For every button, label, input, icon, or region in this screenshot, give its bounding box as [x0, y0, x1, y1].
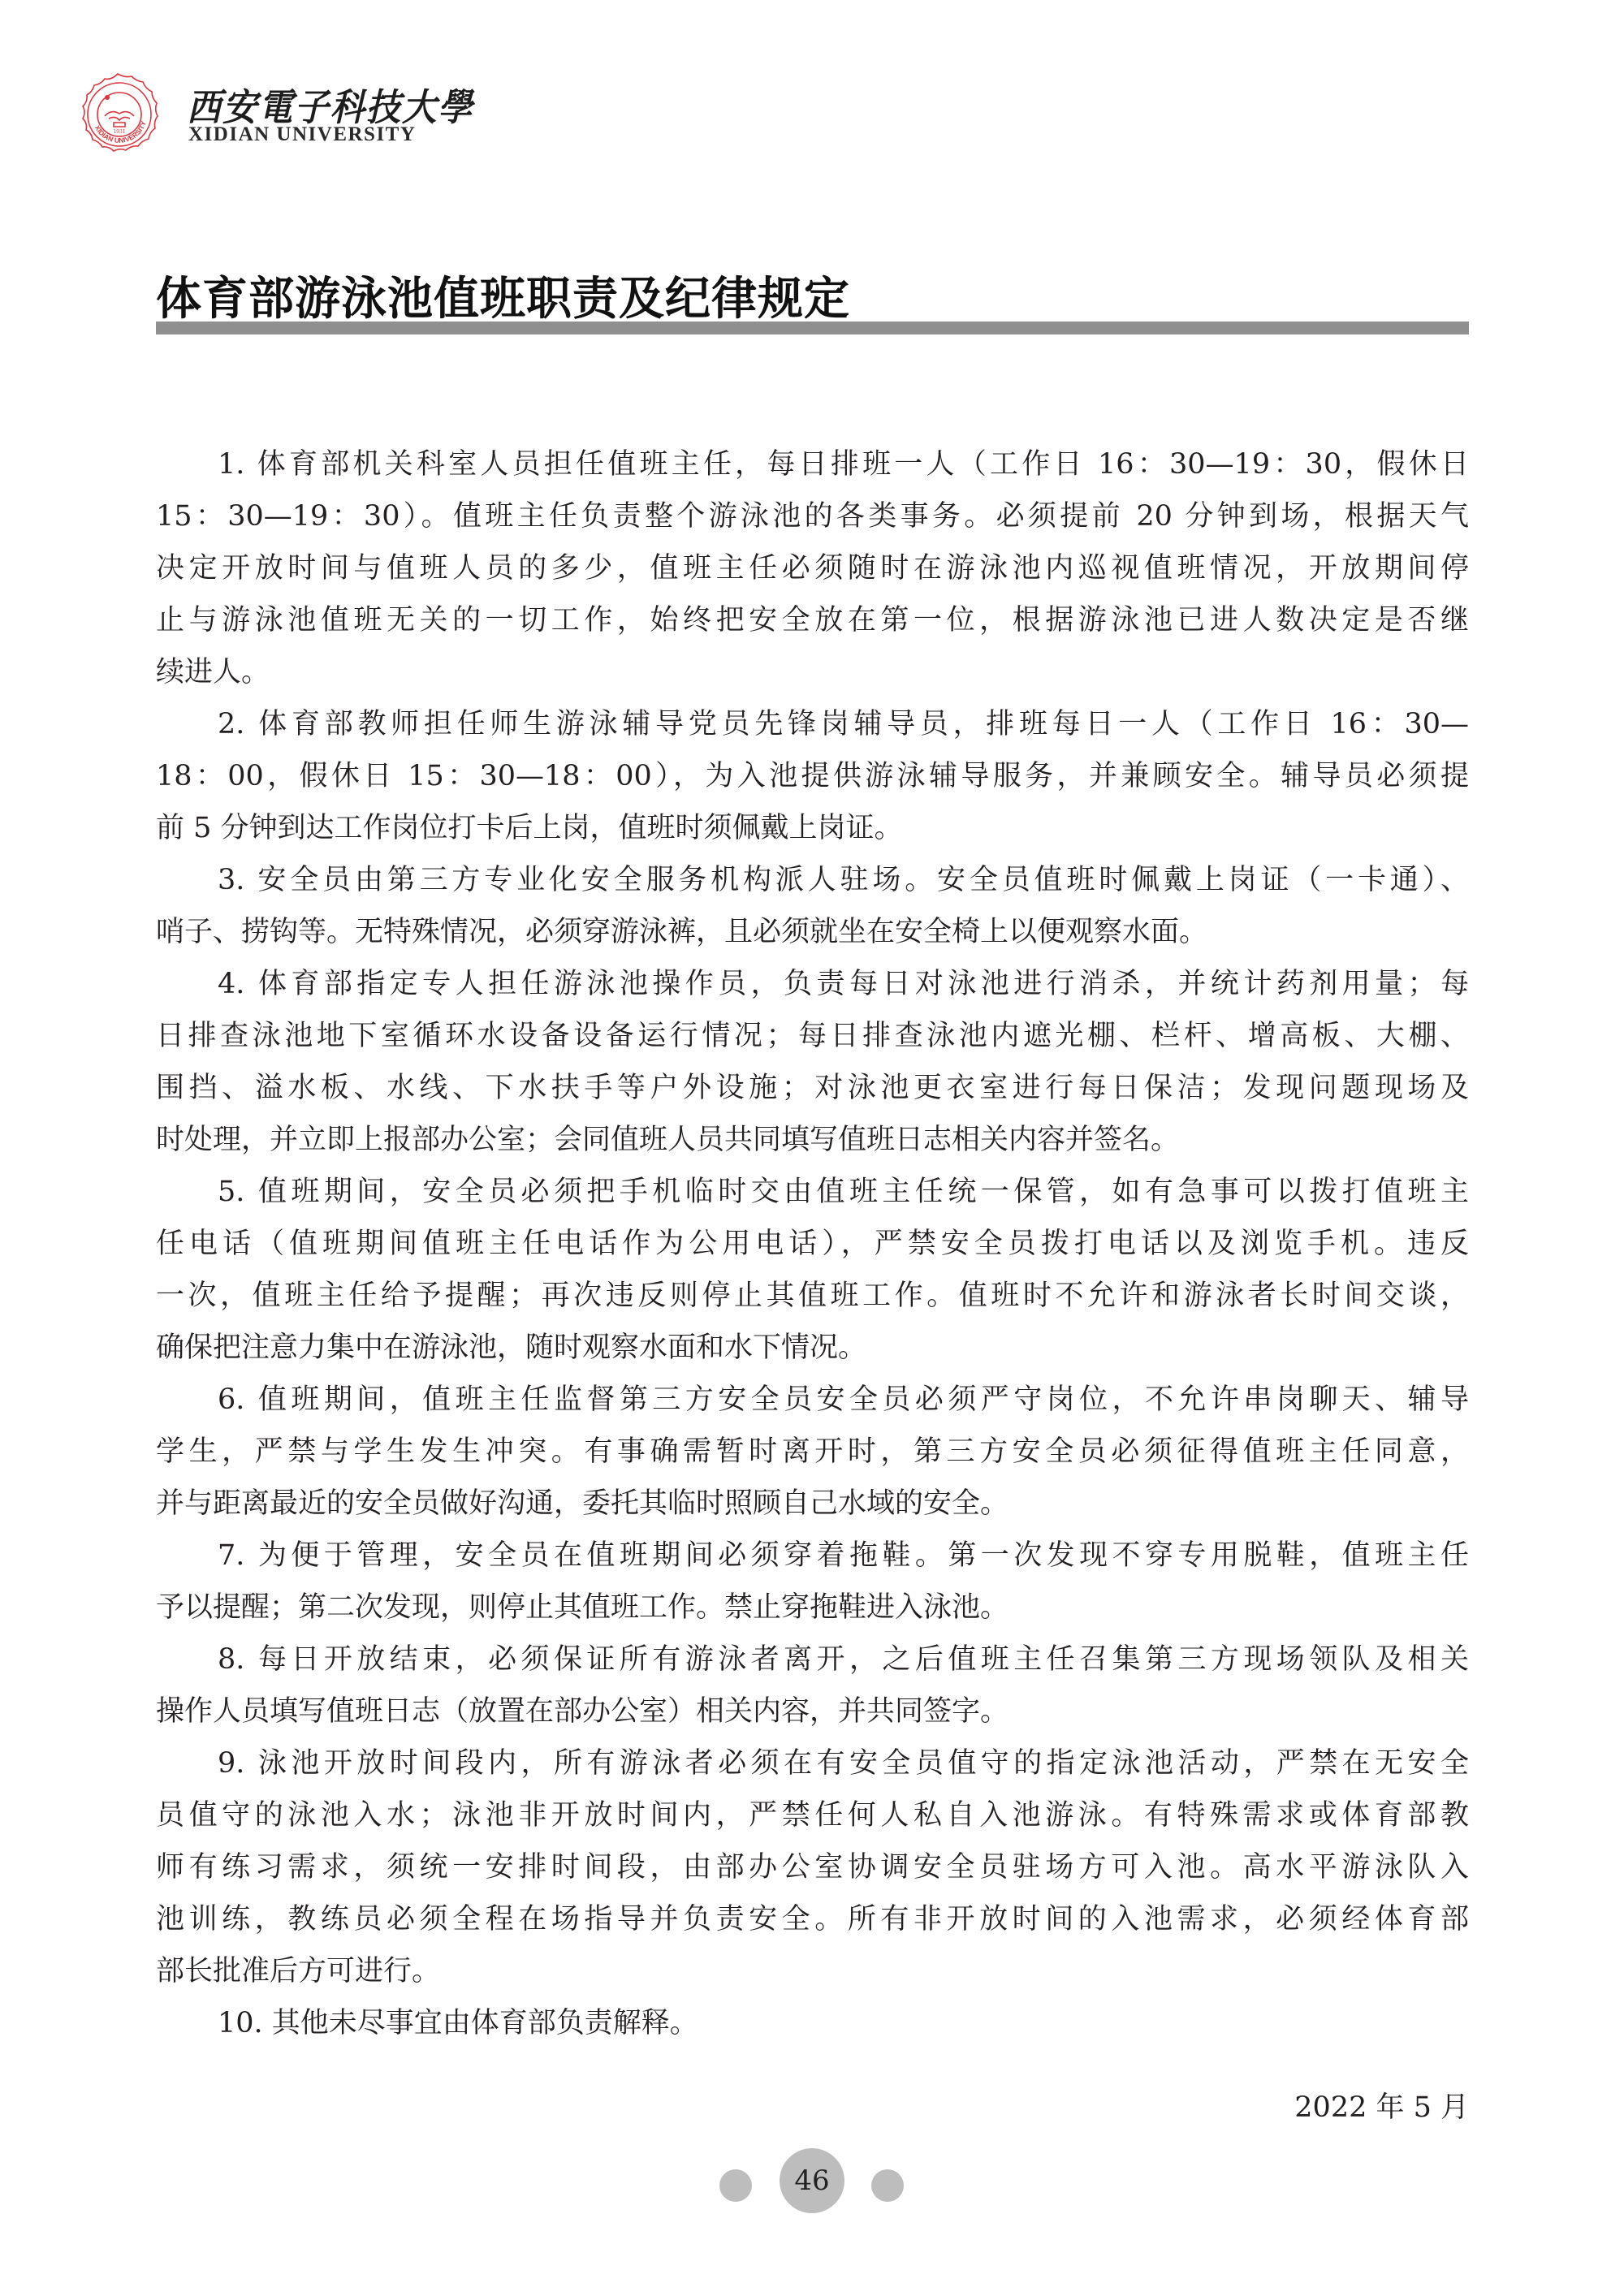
paragraph-3: 3. 安全员由第三方专业化安全服务机构派人驻场。安全员值班时佩戴上岗证（一卡通）… [156, 854, 1469, 958]
paragraph-line: 师有练习需求，须统一安排时间段，由部办公室协调安全员驻场方可入池。高水平游泳队入 [156, 1841, 1469, 1893]
paragraph-line: 15：30—19：30）。值班主任负责整个游泳池的各类事务。必须提前 20 分钟… [156, 490, 1469, 542]
paragraph-line: 日排查泳池地下室循环水设备设备运行情况；每日排查泳池内遮光棚、栏杆、增高板、大棚… [156, 1010, 1469, 1062]
paragraph-line: 部长批准后方可进行。 [156, 1945, 1469, 1997]
paragraph-line: 任电话（值班期间值班主任电话作为公用电话），严禁安全员拨打电话以及浏览手机。违反 [156, 1218, 1469, 1270]
paragraph-4: 4. 体育部指定专人担任游泳池操作员，负责每日对泳池进行消杀，并统计药剂用量；每… [156, 958, 1469, 1166]
paragraph-line: 3. 安全员由第三方专业化安全服务机构派人驻场。安全员值班时佩戴上岗证（一卡通）… [156, 854, 1469, 906]
paragraph-line: 4. 体育部指定专人担任游泳池操作员，负责每日对泳池进行消杀，并统计药剂用量；每 [156, 958, 1469, 1010]
paragraph-line: 18：00，假休日 15：30—18：00），为入池提供游泳辅导服务，并兼顾安全… [156, 750, 1469, 802]
paragraph-line: 池训练，教练员必须全程在场指导并负责安全。所有非开放时间的入池需求，必须经体育部 [156, 1893, 1469, 1945]
title-divider [156, 322, 1469, 334]
paragraph-line: 1. 体育部机关科室人员担任值班主任，每日排班一人（工作日 16：30—19：3… [156, 438, 1469, 490]
paragraph-line: 续进人。 [156, 646, 1469, 698]
decorative-dot-right-icon [871, 2169, 904, 2202]
document-date: 2022 年 5 月 [1294, 2082, 1469, 2134]
paragraph-line: 8. 每日开放结束，必须保证所有游泳者离开，之后值班主任召集第三方现场领队及相关 [156, 1634, 1469, 1685]
paragraph-line: 学生，严禁与学生发生冲突。有事确需暂时离开时，第三方安全员必须征得值班主任同意， [156, 1426, 1469, 1478]
paragraph-line: 时处理，并立即上报部办公室；会同值班人员共同填写值班日志相关内容并签名。 [156, 1114, 1469, 1166]
page-number: 46 [780, 2148, 844, 2213]
page-footer: 46 [0, 2148, 1624, 2221]
paragraph-line: 6. 值班期间，值班主任监督第三方安全员安全员必须严守岗位，不允许串岗聊天、辅导 [156, 1374, 1469, 1426]
page-title: 体育部游泳池值班职责及纪律规定 [156, 263, 850, 328]
paragraph-7: 7. 为便于管理，安全员在值班期间必须穿着拖鞋。第一次发现不穿专用脱鞋，值班主任… [156, 1530, 1469, 1634]
paragraph-10: 10. 其他未尽事宜由体育部负责解释。 [156, 1997, 1469, 2049]
paragraph-line: 9. 泳池开放时间段内，所有游泳者必须在有安全员值守的指定泳池活动，严禁在无安全 [156, 1737, 1469, 1789]
document-body: 1. 体育部机关科室人员担任值班主任，每日排班一人（工作日 16：30—19：3… [156, 438, 1469, 2049]
paragraph-line: 围挡、溢水板、水线、下水扶手等户外设施；对泳池更衣室进行每日保洁；发现问题现场及 [156, 1062, 1469, 1114]
paragraph-line: 止与游泳池值班无关的一切工作，始终把安全放在第一位，根据游泳池已进人数决定是否继 [156, 594, 1469, 646]
paragraph-6: 6. 值班期间，值班主任监督第三方安全员安全员必须严守岗位，不允许串岗聊天、辅导… [156, 1374, 1469, 1530]
university-seal-icon: 1931 XIDIAN UNIVERSITY [75, 71, 161, 158]
university-name-english: XIDIAN UNIVERSITY [188, 123, 416, 146]
decorative-dot-left-icon [719, 2169, 752, 2202]
paragraph-line: 5. 值班期间，安全员必须把手机临时交由值班主任统一保管，如有急事可以拨打值班主 [156, 1166, 1469, 1218]
paragraph-1: 1. 体育部机关科室人员担任值班主任，每日排班一人（工作日 16：30—19：3… [156, 438, 1469, 698]
paragraph-line: 7. 为便于管理，安全员在值班期间必须穿着拖鞋。第一次发现不穿专用脱鞋，值班主任 [156, 1530, 1469, 1582]
paragraph-line: 一次，值班主任给予提醒；再次违反则停止其值班工作。值班时不允许和游泳者长时间交谈… [156, 1270, 1469, 1322]
paragraph-line: 决定开放时间与值班人员的多少，值班主任必须随时在游泳池内巡视值班情况，开放期间停 [156, 542, 1469, 594]
university-logo: 1931 XIDIAN UNIVERSITY 西安電子科技大學 XIDIAN U… [75, 70, 432, 159]
paragraph-line: 并与距离最近的安全员做好沟通，委托其临时照顾自己水域的安全。 [156, 1478, 1469, 1530]
svg-text:1931: 1931 [113, 129, 125, 135]
paragraph-line: 予以提醒；第二次发现，则停止其值班工作。禁止穿拖鞋进入泳池。 [156, 1582, 1469, 1634]
paragraph-line: 确保把注意力集中在游泳池，随时观察水面和水下情况。 [156, 1322, 1469, 1374]
paragraph-9: 9. 泳池开放时间段内，所有游泳者必须在有安全员值守的指定泳池活动，严禁在无安全… [156, 1737, 1469, 1997]
paragraph-line: 操作人员填写值班日志（放置在部办公室）相关内容，并共同签字。 [156, 1685, 1469, 1737]
paragraph-2: 2. 体育部教师担任师生游泳辅导党员先锋岗辅导员，排班每日一人（工作日 16：3… [156, 698, 1469, 854]
paragraph-line: 员值守的泳池入水；泳池非开放时间内，严禁任何人私自入池游泳。有特殊需求或体育部教 [156, 1789, 1469, 1841]
paragraph-line: 10. 其他未尽事宜由体育部负责解释。 [156, 1997, 1469, 2049]
paragraph-line: 前 5 分钟到达工作岗位打卡后上岗，值班时须佩戴上岗证。 [156, 802, 1469, 854]
paragraph-line: 哨子、捞钩等。无特殊情况，必须穿游泳裤，且必须就坐在安全椅上以便观察水面。 [156, 906, 1469, 958]
paragraph-8: 8. 每日开放结束，必须保证所有游泳者离开，之后值班主任召集第三方现场领队及相关… [156, 1634, 1469, 1737]
paragraph-line: 2. 体育部教师担任师生游泳辅导党员先锋岗辅导员，排班每日一人（工作日 16：3… [156, 698, 1469, 750]
paragraph-5: 5. 值班期间，安全员必须把手机临时交由值班主任统一保管，如有急事可以拨打值班主… [156, 1166, 1469, 1374]
